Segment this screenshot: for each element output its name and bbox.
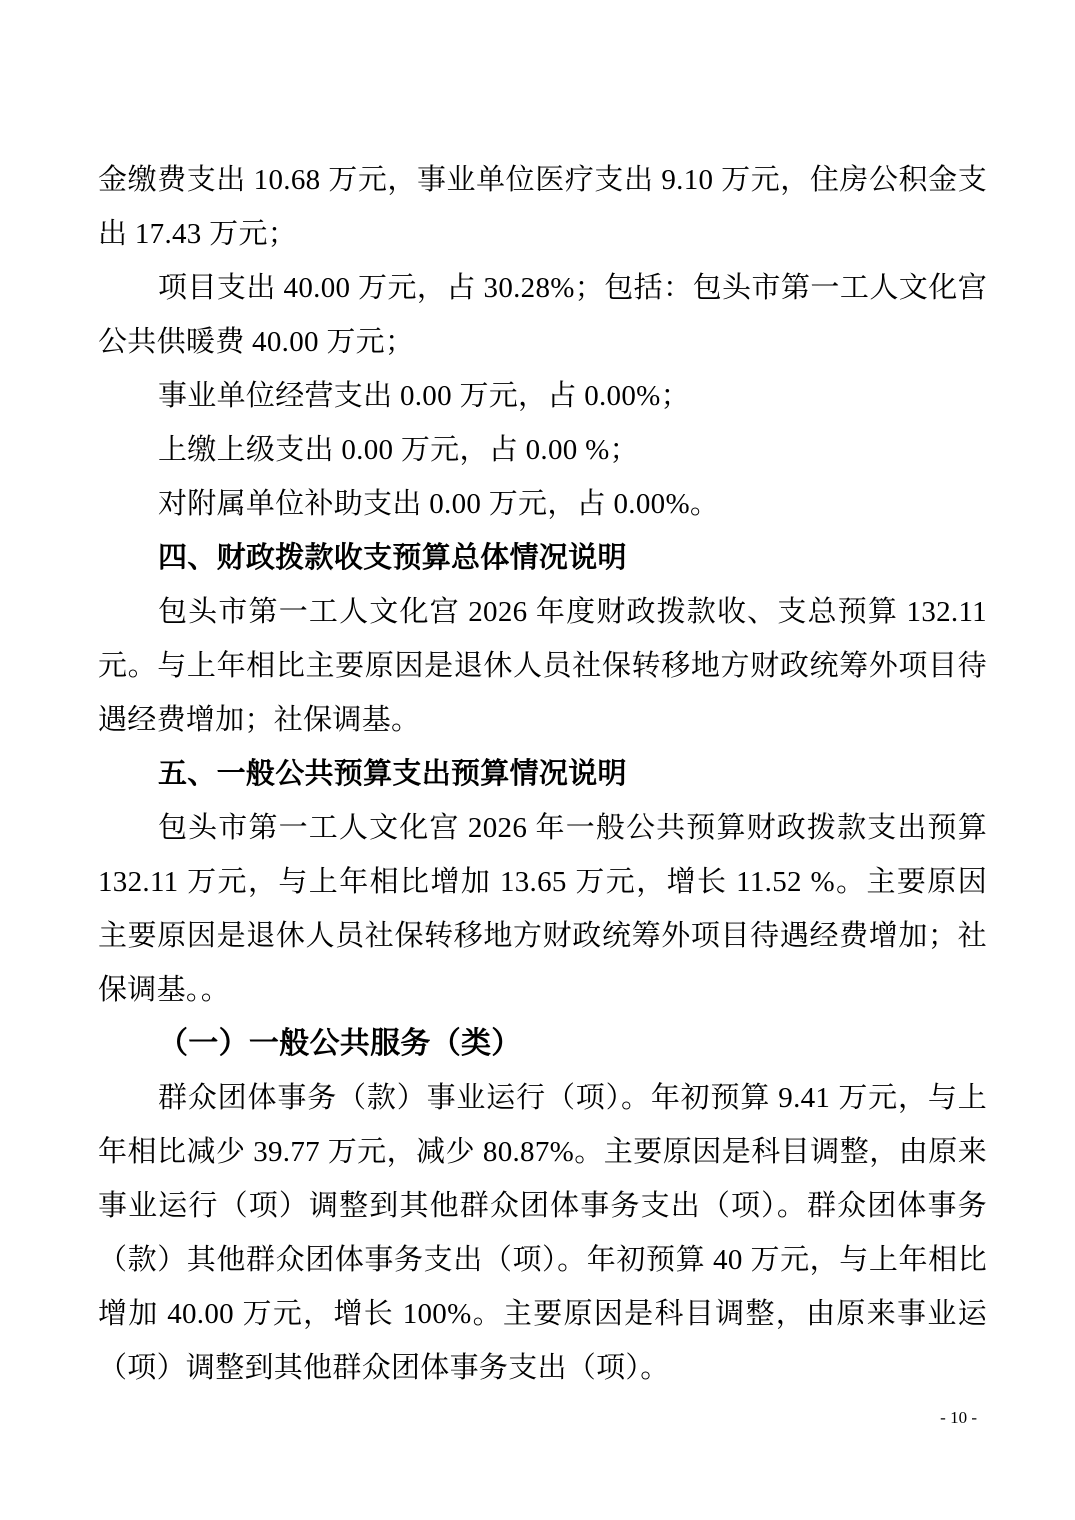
text-line: 包头市第一工人文化宫 2026 年一般公共预算财政拨款支出预算 xyxy=(98,801,987,855)
section-heading: 五、一般公共预算支出预算情况说明 xyxy=(98,747,987,801)
page-number: - 10 - xyxy=(940,1406,977,1430)
text-line: 保调基。。 xyxy=(98,963,987,1017)
section-heading: 四、财政拨款收支预算总体情况说明 xyxy=(98,531,987,585)
text-line: 群众团体事务（款）事业运行（项）。年初预算 9.41 万元，与上 xyxy=(98,1071,987,1125)
text-line: 项目支出 40.00 万元，占 30.28%；包括：包头市第一工人文化宫 xyxy=(98,261,987,315)
document-page: 金缴费支出 10.68 万元，事业单位医疗支出 9.10 万元，住房公积金支出 … xyxy=(0,0,1075,1520)
document-body: 金缴费支出 10.68 万元，事业单位医疗支出 9.10 万元，住房公积金支出 … xyxy=(98,153,987,1395)
text-line: 事业单位经营支出 0.00 万元，占 0.00%； xyxy=(98,369,987,423)
text-line: 公共供暖费 40.00 万元； xyxy=(98,315,987,369)
text-line: 主要原因是退休人员社保转移地方财政统筹外项目待遇经费增加；社 xyxy=(98,909,987,963)
text-line: 事业运行（项）调整到其他群众团体事务支出（项）。群众团体事务 xyxy=(98,1179,987,1233)
text-line: 132.11 万元，与上年相比增加 13.65 万元，增长 11.52 %。主要… xyxy=(98,855,987,909)
text-line: （款）其他群众团体事务支出（项）。年初预算 40 万元，与上年相比 xyxy=(98,1233,987,1287)
text-line: 包头市第一工人文化宫 2026 年度财政拨款收、支总预算 132.11 万 xyxy=(98,585,987,639)
text-line: 遇经费增加；社保调基。 xyxy=(98,693,987,747)
text-line: 增加 40.00 万元，增长 100%。主要原因是科目调整，由原来事业运行 xyxy=(98,1287,987,1341)
text-line: 元。与上年相比主要原因是退休人员社保转移地方财政统筹外项目待 xyxy=(98,639,987,693)
text-line: 金缴费支出 10.68 万元，事业单位医疗支出 9.10 万元，住房公积金支 xyxy=(98,153,987,207)
section-heading: （一）一般公共服务（类） xyxy=(98,1017,987,1071)
text-line: 对附属单位补助支出 0.00 万元，占 0.00%。 xyxy=(98,477,987,531)
text-line: 出 17.43 万元； xyxy=(98,207,987,261)
text-line: （项）调整到其他群众团体事务支出（项）。 xyxy=(98,1341,987,1395)
text-line: 年相比减少 39.77 万元，减少 80.87%。主要原因是科目调整，由原来 xyxy=(98,1125,987,1179)
text-line: 上缴上级支出 0.00 万元，占 0.00 %； xyxy=(98,423,987,477)
